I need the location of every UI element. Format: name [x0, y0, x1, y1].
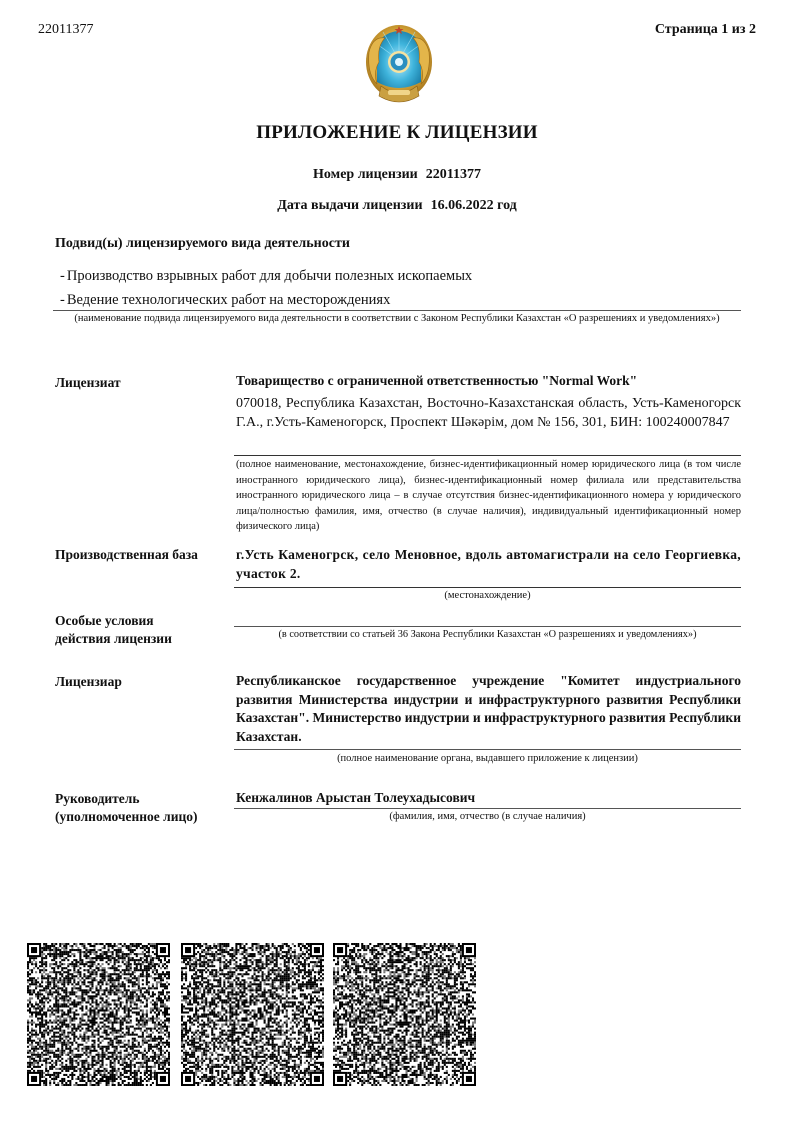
production-base-caption: (местонахождение) [234, 589, 741, 603]
license-number-label: Номер лицензии [313, 167, 418, 182]
page-indicator: Страница 1 из 2 [655, 22, 756, 38]
qr-code-icon [333, 943, 476, 1086]
special-conditions-label-line1: Особые условия [55, 612, 172, 630]
license-date-row: Дата выдачи лицензии16.06.2022 год [0, 198, 794, 214]
head-caption: (фамилия, имя, отчество (в случае наличи… [234, 810, 741, 824]
divider [234, 626, 741, 627]
divider [234, 749, 741, 750]
divider [234, 587, 741, 588]
licensor-caption: (полное наименование органа, выдавшего п… [234, 752, 741, 766]
subtypes-heading: Подвид(ы) лицензируемого вида деятельнос… [55, 236, 350, 252]
license-number-row: Номер лицензии22011377 [0, 167, 794, 183]
licensee-address: 070018, Республика Казахстан, Восточно-К… [236, 394, 741, 432]
special-conditions-label: Особые условия действия лицензии [55, 612, 172, 648]
special-conditions-caption: (в соответствии со статьей 36 Закона Рес… [234, 628, 741, 642]
license-date-value: 16.06.2022 год [431, 198, 517, 213]
head-label-line2: (уполномоченное лицо) [55, 808, 198, 826]
head-name: Кенжалинов Арыстан Толеухадысович [236, 789, 741, 807]
licensee-caption: (полное наименование, местонахождение, б… [236, 457, 741, 535]
divider [234, 455, 741, 456]
subtype-item: Ведение технологических работ на месторо… [60, 288, 472, 312]
licensee-label: Лицензиат [55, 374, 121, 392]
production-base-label: Производственная база [55, 546, 198, 564]
subtypes-caption: (наименование подвида лицензируемого вид… [53, 312, 741, 326]
document-number: 22011377 [38, 22, 93, 38]
subtypes-list: Производство взрывных работ для добычи п… [60, 264, 472, 312]
divider [53, 310, 741, 311]
license-number-value: 22011377 [426, 167, 481, 182]
licensor-label: Лицензиар [55, 673, 122, 691]
special-conditions-label-line2: действия лицензии [55, 630, 172, 648]
document-title: ПРИЛОЖЕНИЕ К ЛИЦЕНЗИИ [0, 122, 794, 144]
license-date-label: Дата выдачи лицензии [277, 198, 422, 213]
subtype-item: Производство взрывных работ для добычи п… [60, 264, 472, 288]
licensee-name: Товарищество с ограниченной ответственно… [236, 372, 741, 390]
qr-code-icon [27, 943, 170, 1086]
head-label: Руководитель (уполномоченное лицо) [55, 790, 198, 826]
qr-code-icon [181, 943, 324, 1086]
production-base-value: г.Усть Каменогрск, село Меновное, вдоль … [236, 545, 741, 583]
licensor-value: Республиканское государственное учрежден… [236, 672, 741, 746]
divider [234, 808, 741, 809]
head-label-line1: Руководитель [55, 790, 198, 808]
kazakhstan-state-emblem-icon [363, 22, 435, 106]
